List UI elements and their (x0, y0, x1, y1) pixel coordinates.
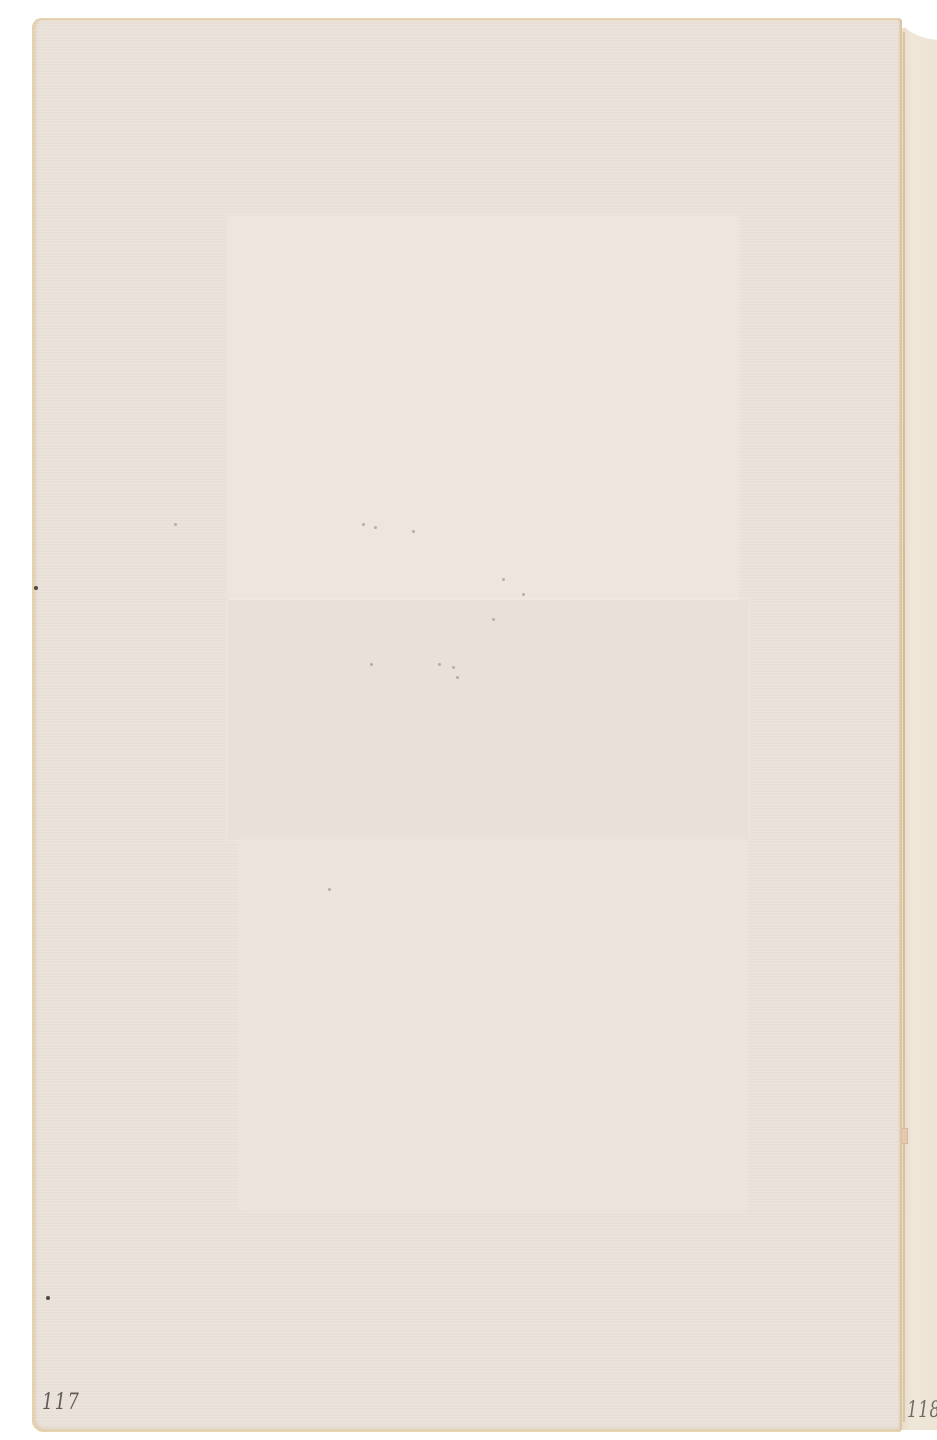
foxing-speck (374, 526, 377, 529)
foxing-speck (174, 523, 177, 526)
ink-dot (46, 1296, 50, 1300)
page-edge-shadow (898, 18, 902, 1432)
foxing-speck (492, 618, 495, 621)
plate-impression-middle (228, 600, 748, 840)
ink-dot (34, 586, 38, 590)
foxing-speck (502, 578, 505, 581)
scan-scene: 118 57 117 (0, 0, 937, 1440)
book-page: 117 (32, 18, 902, 1432)
foxing-speck (452, 666, 455, 669)
foxing-speck (328, 888, 331, 891)
foxing-speck (362, 523, 365, 526)
page-gutter-edge (903, 32, 905, 1422)
foxing-speck (456, 676, 459, 679)
foxing-speck (412, 530, 415, 533)
plate-impression-upper (228, 216, 738, 600)
adjacent-page-handwritten-mark: 118 57 (907, 1398, 937, 1423)
plate-impression-lower (240, 840, 746, 1210)
foxing-speck (370, 663, 373, 666)
foxing-speck (438, 663, 441, 666)
foxing-speck (522, 593, 525, 596)
handwritten-page-number: 117 (42, 1390, 80, 1415)
